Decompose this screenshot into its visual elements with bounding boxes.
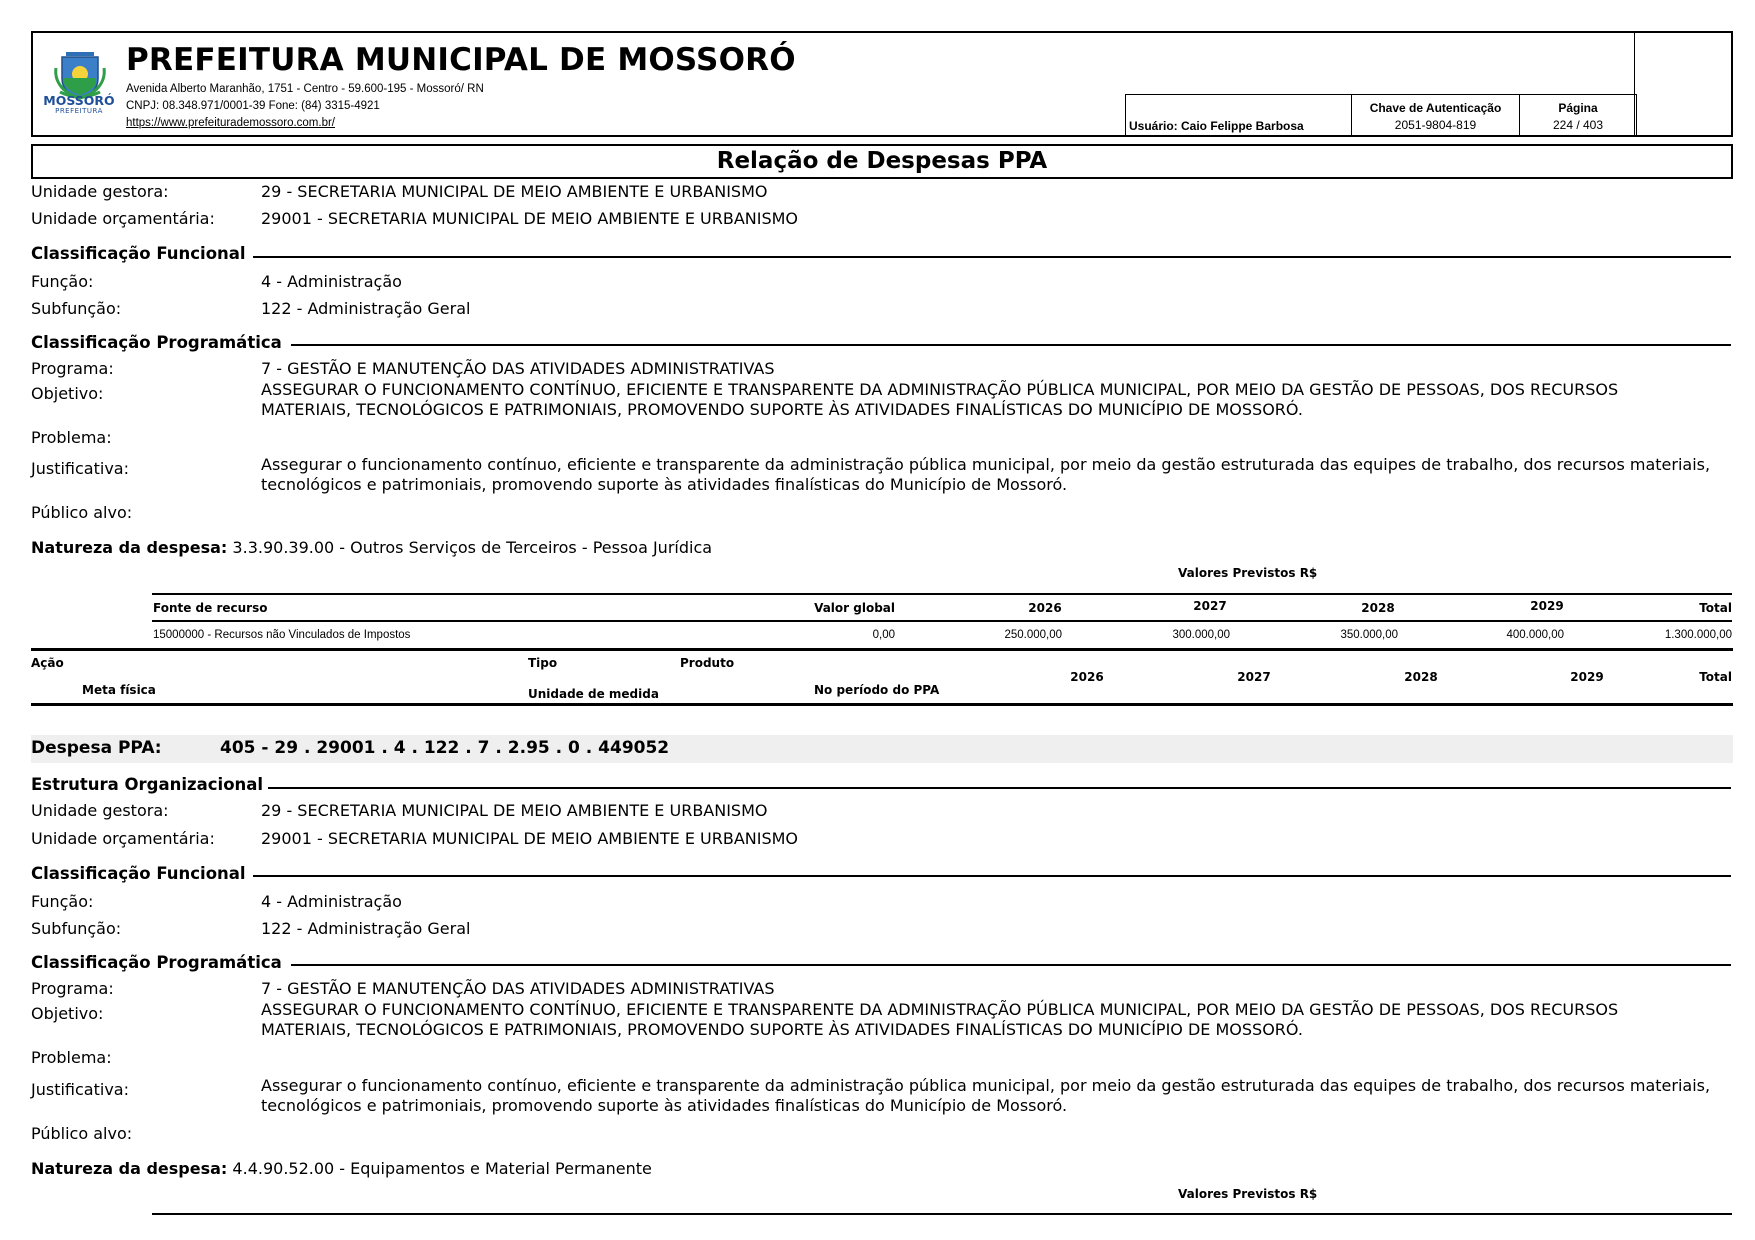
subfuncao-value: 122 - Administração Geral [261, 919, 470, 938]
section-classificacao-funcional: Classificação Funcional [31, 864, 246, 883]
unidade-gestora-value: 29 - SECRETARIA MUNICIPAL DE MEIO AMBIEN… [261, 182, 767, 201]
section-divider [253, 256, 1731, 258]
col-meta-total: Total [1620, 670, 1732, 684]
user-name: Usuário: Caio Felippe Barbosa [1126, 95, 1352, 137]
programa-label: Programa: [31, 979, 114, 998]
report-meta: Usuário: Caio Felippe Barbosa Chave de A… [1125, 94, 1637, 137]
justificativa-value: Assegurar o funcionamento contínuo, efic… [261, 1076, 1711, 1116]
section-divider [253, 875, 1731, 877]
col-2027: 2027 [1155, 599, 1265, 613]
col-2029: 2029 [1492, 599, 1602, 613]
unidade-gestora-label: Unidade gestora: [31, 801, 169, 820]
objetivo-label: Objetivo: [31, 384, 103, 403]
unidade-orcamentaria-label: Unidade orçamentária: [31, 209, 215, 228]
col-produto: Produto [680, 656, 734, 670]
section-classificacao-programatica: Classificação Programática [31, 953, 282, 972]
section-divider [268, 787, 1731, 789]
value-2027-cell: 300.000,00 [1128, 629, 1230, 641]
unidade-gestora-value: 29 - SECRETARIA MUNICIPAL DE MEIO AMBIEN… [261, 801, 767, 820]
unidade-orcamentaria-value: 29001 - SECRETARIA MUNICIPAL DE MEIO AMB… [261, 209, 798, 228]
subfuncao-label: Subfunção: [31, 919, 121, 938]
col-valor-global: Valor global [760, 601, 895, 615]
col-meta-fisica: Meta física [82, 683, 156, 697]
valor-global-cell: 0,00 [760, 629, 895, 641]
org-name: PREFEITURA MUNICIPAL DE MOSSORÓ [126, 42, 796, 78]
funcao-value: 4 - Administração [261, 892, 402, 911]
programa-value: 7 - GESTÃO E MANUTENÇÃO DAS ATIVIDADES A… [261, 979, 775, 998]
justificativa-label: Justificativa: [31, 459, 129, 478]
despesa-ppa-code: 405 - 29 . 29001 . 4 . 122 . 7 . 2.95 . … [220, 738, 669, 758]
unidade-orcamentaria-label: Unidade orçamentária: [31, 829, 215, 848]
col-meta-2026: 2026 [1032, 670, 1142, 684]
org-address: Avenida Alberto Maranhão, 1751 - Centro … [126, 83, 484, 95]
valores-previstos-title: Valores Previstos R$ [1178, 566, 1317, 580]
col-acao: Ação [31, 656, 64, 670]
table-bottom-line [31, 648, 1733, 651]
justificativa-value: Assegurar o funcionamento contínuo, efic… [261, 455, 1711, 495]
col-2028: 2028 [1323, 601, 1433, 615]
org-website-link[interactable]: https://www.prefeiturademossoro.com.br/ [126, 117, 335, 129]
col-total: Total [1620, 601, 1732, 615]
logo-text: MOSSORÓ [40, 94, 118, 107]
table-top-line [152, 1213, 1732, 1215]
col-periodo-ppa: No período do PPA [814, 683, 939, 697]
value-2026-cell: 250.000,00 [960, 629, 1062, 641]
natureza-label: Natureza da despesa: [31, 538, 227, 557]
page-value: 224 / 403 [1553, 118, 1603, 132]
auth-key: Chave de Autenticação 2051-9804-819 [1352, 95, 1520, 137]
section-classificacao-programatica: Classificação Programática [31, 333, 282, 352]
section-divider [291, 964, 1731, 966]
objetivo-value: ASSEGURAR O FUNCIONAMENTO CONTÍNUO, EFIC… [261, 1000, 1711, 1040]
funcao-label: Função: [31, 272, 93, 291]
unidade-gestora-label: Unidade gestora: [31, 182, 169, 201]
section-divider [291, 344, 1731, 346]
justificativa-label: Justificativa: [31, 1080, 129, 1099]
publico-alvo-label: Público alvo: [31, 503, 132, 522]
subfuncao-value: 122 - Administração Geral [261, 299, 470, 318]
fonte-recurso-cell: 15000000 - Recursos não Vinculados de Im… [153, 629, 410, 641]
logo-subtext: PREFEITURA [40, 107, 118, 115]
col-unidade-medida: Unidade de medida [528, 687, 659, 701]
value-2029-cell: 400.000,00 [1462, 629, 1564, 641]
problema-label: Problema: [31, 428, 112, 447]
despesa-ppa-label: Despesa PPA: [31, 738, 162, 758]
funcao-value: 4 - Administração [261, 272, 402, 291]
col-tipo: Tipo [528, 656, 557, 670]
total-cell: 1.300.000,00 [1600, 629, 1732, 641]
col-2026: 2026 [990, 601, 1100, 615]
natureza-value: 4.4.90.52.00 - Equipamentos e Material P… [232, 1159, 651, 1178]
org-cnpj-phone: CNPJ: 08.348.971/0001-39 Fone: (84) 3315… [126, 100, 380, 112]
natureza-label: Natureza da despesa: [31, 1159, 227, 1178]
funcao-label: Função: [31, 892, 93, 911]
acao-table-bottom-line [31, 703, 1733, 706]
natureza-despesa: Natureza da despesa: 3.3.90.39.00 - Outr… [31, 538, 712, 557]
valores-previstos-title: Valores Previstos R$ [1178, 1187, 1317, 1201]
page-number: Página 224 / 403 [1520, 95, 1637, 137]
natureza-despesa: Natureza da despesa: 4.4.90.52.00 - Equi… [31, 1159, 652, 1178]
natureza-value: 3.3.90.39.00 - Outros Serviços de Tercei… [232, 538, 712, 557]
section-classificacao-funcional: Classificação Funcional [31, 244, 246, 263]
report-title: Relação de Despesas PPA [31, 144, 1733, 179]
objetivo-label: Objetivo: [31, 1004, 103, 1023]
col-meta-2027: 2027 [1199, 670, 1309, 684]
section-estrutura-organizacional: Estrutura Organizacional [31, 775, 263, 794]
publico-alvo-label: Público alvo: [31, 1124, 132, 1143]
table-top-line [152, 593, 1732, 595]
auth-key-value: 2051-9804-819 [1395, 118, 1476, 132]
objetivo-value: ASSEGURAR O FUNCIONAMENTO CONTÍNUO, EFIC… [261, 380, 1711, 420]
auth-key-label: Chave de Autenticação [1370, 101, 1502, 115]
problema-label: Problema: [31, 1048, 112, 1067]
header-right-column [1634, 31, 1733, 137]
table-header-line [152, 620, 1732, 622]
programa-label: Programa: [31, 359, 114, 378]
col-fonte-recurso: Fonte de recurso [153, 601, 267, 615]
programa-value: 7 - GESTÃO E MANUTENÇÃO DAS ATIVIDADES A… [261, 359, 775, 378]
col-meta-2028: 2028 [1366, 670, 1476, 684]
page-label: Página [1558, 101, 1597, 115]
value-2028-cell: 350.000,00 [1296, 629, 1398, 641]
subfuncao-label: Subfunção: [31, 299, 121, 318]
unidade-orcamentaria-value: 29001 - SECRETARIA MUNICIPAL DE MEIO AMB… [261, 829, 798, 848]
